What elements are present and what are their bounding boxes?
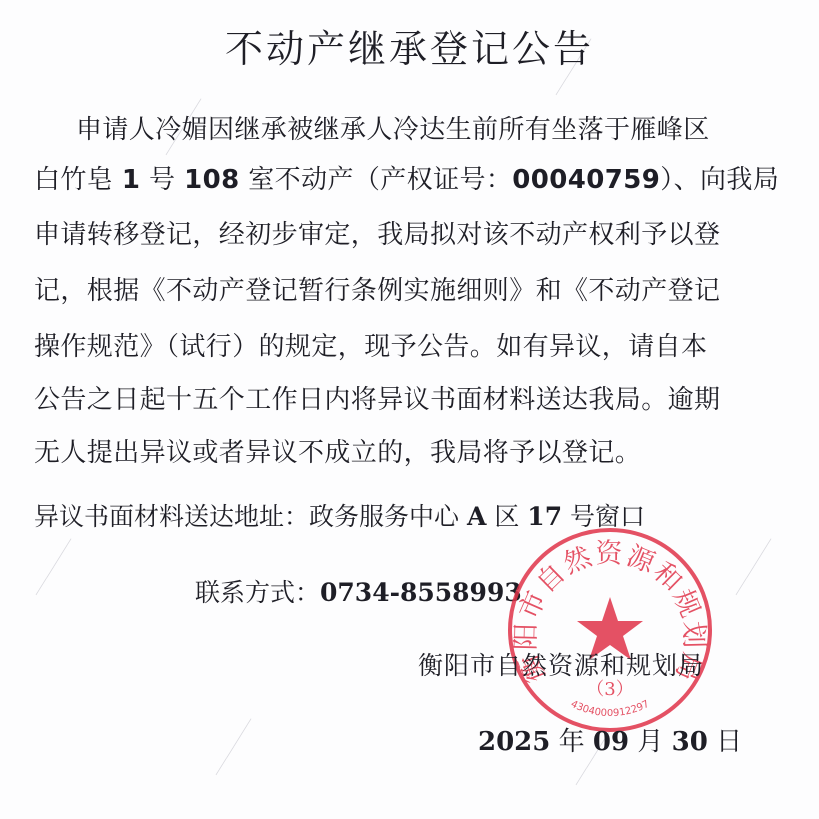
seal-code: 4304000912297: [569, 699, 651, 719]
property-label: 室不动产（产权证号：: [248, 165, 512, 195]
contact-phone: 0734-8558993: [320, 578, 522, 607]
date-day-suffix: 日: [716, 727, 742, 757]
watermark: ——————————: [30, 535, 76, 598]
watermark: ——————————: [730, 535, 776, 598]
body-line-3: 申请转移登记，经初步审定，我局拟对该不动产权利予以登: [34, 214, 720, 251]
address-street: 白竹皂: [34, 165, 113, 195]
address-label: 异议书面材料送达地址：政务服务中心: [34, 502, 459, 531]
date-year-suffix: 年: [559, 727, 585, 757]
body-line-2: 白竹皂 1 号 108 室不动产（产权证号：00040759）、向我局: [34, 159, 779, 196]
notice-title: 不动产继承登记公告: [0, 18, 819, 73]
official-seal-icon: 衡阳市自然资源和规划局 （3） 4304000912297: [505, 525, 715, 735]
svg-text:4304000912297: 4304000912297: [569, 699, 651, 719]
date-day: 30: [672, 727, 708, 757]
body-line-1: 申请人冷媚因继承被继承人冷达生前所有坐落于雁峰区: [76, 109, 710, 146]
issuing-authority: 衡阳市自然资源和规划局: [418, 646, 704, 682]
watermark: ——————————: [210, 715, 256, 778]
contact-label: 联系方式：: [195, 578, 320, 607]
date-month-suffix: 月: [637, 727, 663, 757]
body-line-2-tail: ）、向我局: [660, 165, 779, 195]
body-line-7: 无人提出异议或者异议不成立的，我局将予以登记。: [34, 432, 641, 469]
issue-date: 2025 年 09 月 30 日: [478, 721, 742, 758]
date-year: 2025: [478, 727, 550, 757]
address-number: 1: [122, 165, 141, 195]
date-month: 09: [593, 727, 629, 757]
room-number: 108: [184, 165, 239, 195]
certificate-number: 00040759: [512, 165, 660, 195]
body-line-6: 公告之日起十五个工作日内将异议书面材料送达我局。逾期: [34, 379, 720, 416]
contact-info: 联系方式：0734-8558993: [195, 573, 522, 609]
seal-number: （3）: [586, 679, 633, 700]
address-zone: A: [467, 502, 486, 531]
body-line-5: 操作规范》（试行）的规定，现予公告。如有异议，请自本: [34, 326, 707, 363]
body-line-4: 记，根据《不动产登记暂行条例实施细则》和《不动产登记: [34, 270, 720, 307]
notice-page: —————————— —————————— —————————— ———————…: [0, 0, 819, 819]
address-hao: 号: [149, 165, 175, 195]
